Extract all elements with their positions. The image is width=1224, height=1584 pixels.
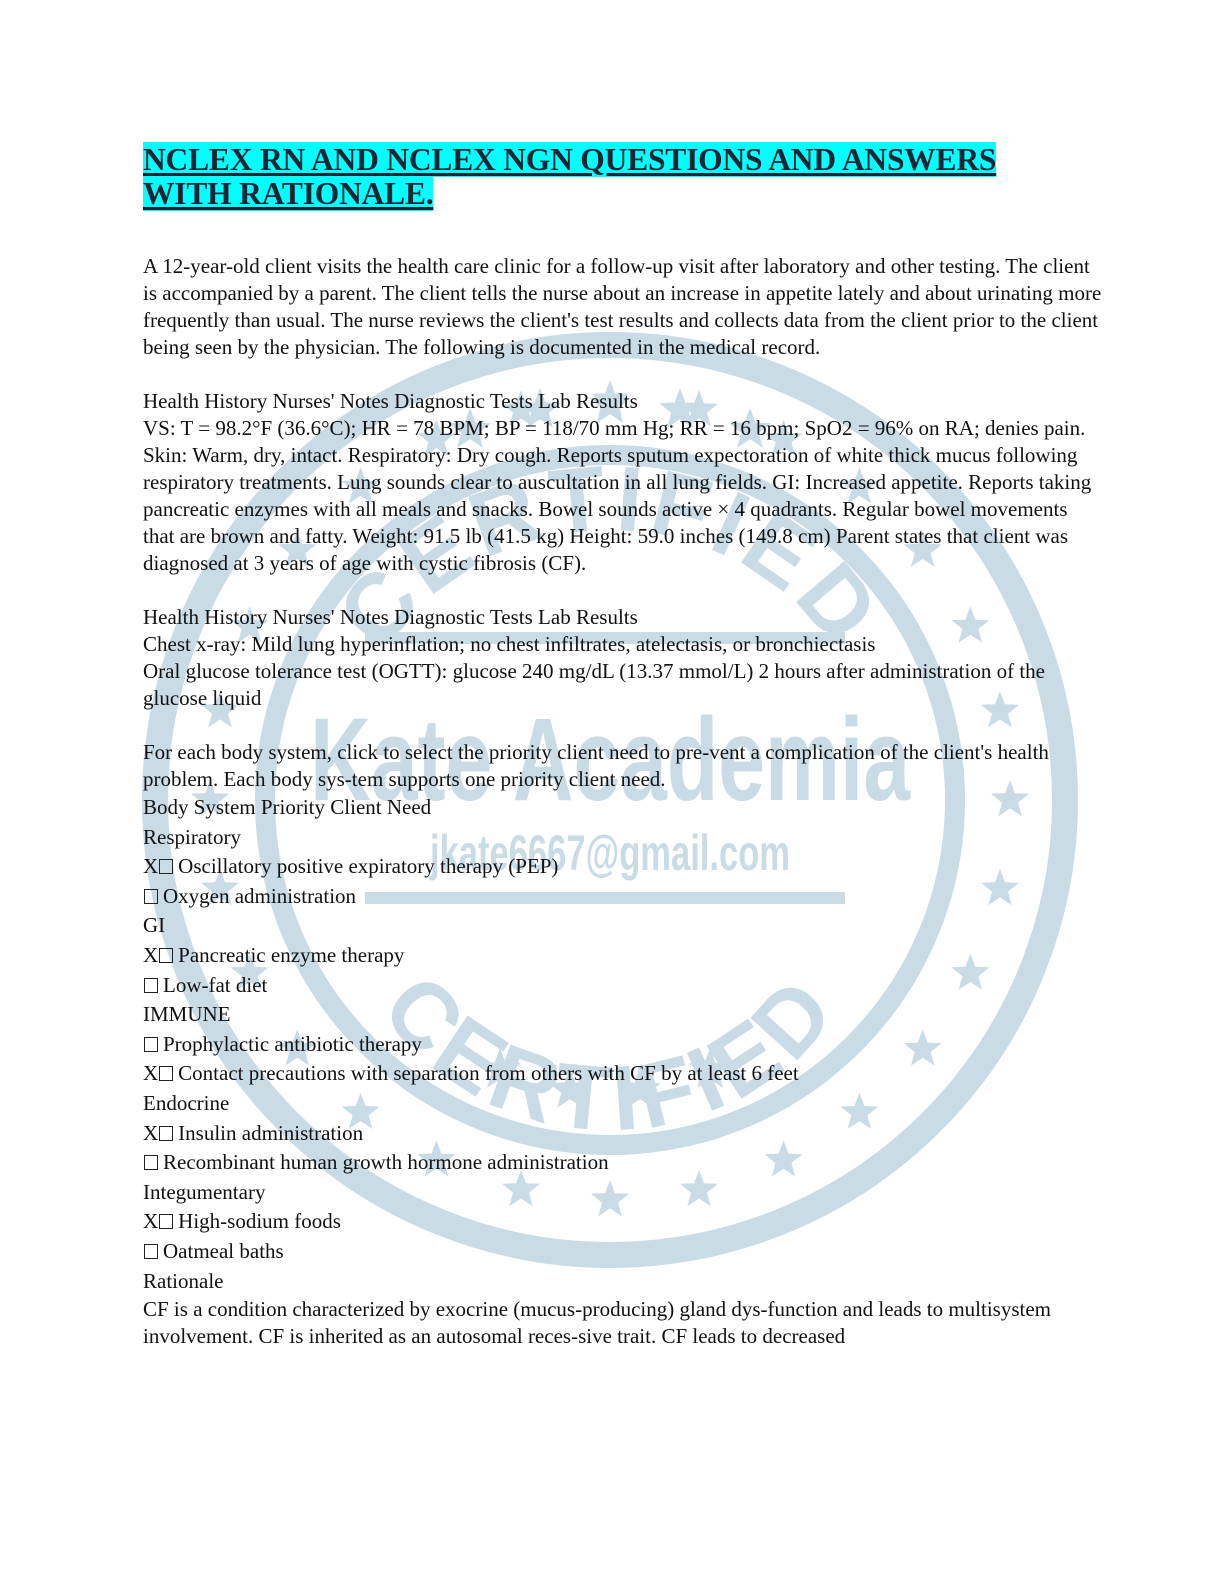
body-system-endocrine: Endocrine [143,1089,1103,1119]
client-need-option[interactable]: Low-fat diet [143,971,1103,1001]
rationale-text: CF is a condition characterized by exocr… [143,1296,1103,1350]
client-need-option[interactable]: XContact precautions with separation fro… [143,1059,1103,1089]
checkbox-icon[interactable] [144,1037,158,1052]
client-need-option[interactable]: Oxygen administration [143,882,1103,912]
checkbox-icon[interactable] [159,1126,173,1141]
selected-mark: X [143,852,158,882]
selected-mark: X [143,1119,158,1149]
selected-mark: X [143,1207,158,1237]
body-system-integumentary: Integumentary [143,1178,1103,1208]
option-label: Insulin administration [178,1121,363,1145]
checkbox-icon[interactable] [144,1244,158,1259]
body-system-gi: GI [143,911,1103,941]
selected-mark: X [143,1059,158,1089]
client-need-option[interactable]: Recombinant human growth hormone adminis… [143,1148,1103,1178]
checkbox-icon[interactable] [144,889,158,904]
document-page: NCLEX RN AND NCLEX NGN QUESTIONS AND ANS… [143,143,1103,1350]
client-need-option[interactable]: XInsulin administration [143,1119,1103,1149]
record-chest-xray: Chest x-ray: Mild lung hyperinflation; n… [143,631,1103,658]
checkbox-icon[interactable] [159,1066,173,1081]
medical-record-1: Health History Nurses' Notes Diagnostic … [143,388,1103,577]
option-label: Low-fat diet [163,973,267,997]
option-label: Contact precautions with separation from… [178,1061,799,1085]
option-label: High-sodium foods [178,1209,341,1233]
scenario-paragraph: A 12-year-old client visits the health c… [143,253,1103,361]
option-label: Oatmeal baths [163,1239,284,1263]
checkbox-icon[interactable] [159,948,173,963]
record-ogtt: Oral glucose tolerance test (OGTT): gluc… [143,658,1103,712]
title-line-1: NCLEX RN AND NCLEX NGN QUESTIONS AND ANS… [143,142,996,177]
table-header: Body System Priority Client Need [143,793,1103,823]
selected-mark: X [143,941,158,971]
rationale-heading: Rationale [143,1267,1103,1297]
body-system-list: RespiratoryXOscillatory positive expirat… [143,823,1103,1267]
option-label: Oscillatory positive expiratory therapy … [178,854,558,878]
client-need-option[interactable]: Oatmeal baths [143,1237,1103,1267]
option-label: Oxygen administration [163,884,356,908]
checkbox-icon[interactable] [144,1155,158,1170]
document-title: NCLEX RN AND NCLEX NGN QUESTIONS AND ANS… [143,143,1103,211]
client-need-option[interactable]: XHigh-sodium foods [143,1207,1103,1237]
record-tabs-line: Health History Nurses' Notes Diagnostic … [143,388,1103,415]
client-need-option[interactable]: Prophylactic antibiotic therapy [143,1030,1103,1060]
checkbox-icon[interactable] [159,1214,173,1229]
checkbox-icon[interactable] [144,978,158,993]
title-line-2: WITH RATIONALE. [143,176,433,211]
record-tabs-line: Health History Nurses' Notes Diagnostic … [143,604,1103,631]
checkbox-icon[interactable] [159,859,173,874]
medical-record-2: Health History Nurses' Notes Diagnostic … [143,604,1103,712]
record-nurses-notes: VS: T = 98.2°F (36.6°C); HR = 78 BPM; BP… [143,415,1103,577]
option-label: Recombinant human growth hormone adminis… [163,1150,609,1174]
client-need-option[interactable]: XPancreatic enzyme therapy [143,941,1103,971]
option-label: Prophylactic antibiotic therapy [163,1032,422,1056]
client-need-option[interactable]: XOscillatory positive expiratory therapy… [143,852,1103,882]
body-system-respiratory: Respiratory [143,823,1103,853]
body-system-immune: IMMUNE [143,1000,1103,1030]
option-label: Pancreatic enzyme therapy [178,943,404,967]
question-instructions: For each body system, click to select th… [143,739,1103,793]
